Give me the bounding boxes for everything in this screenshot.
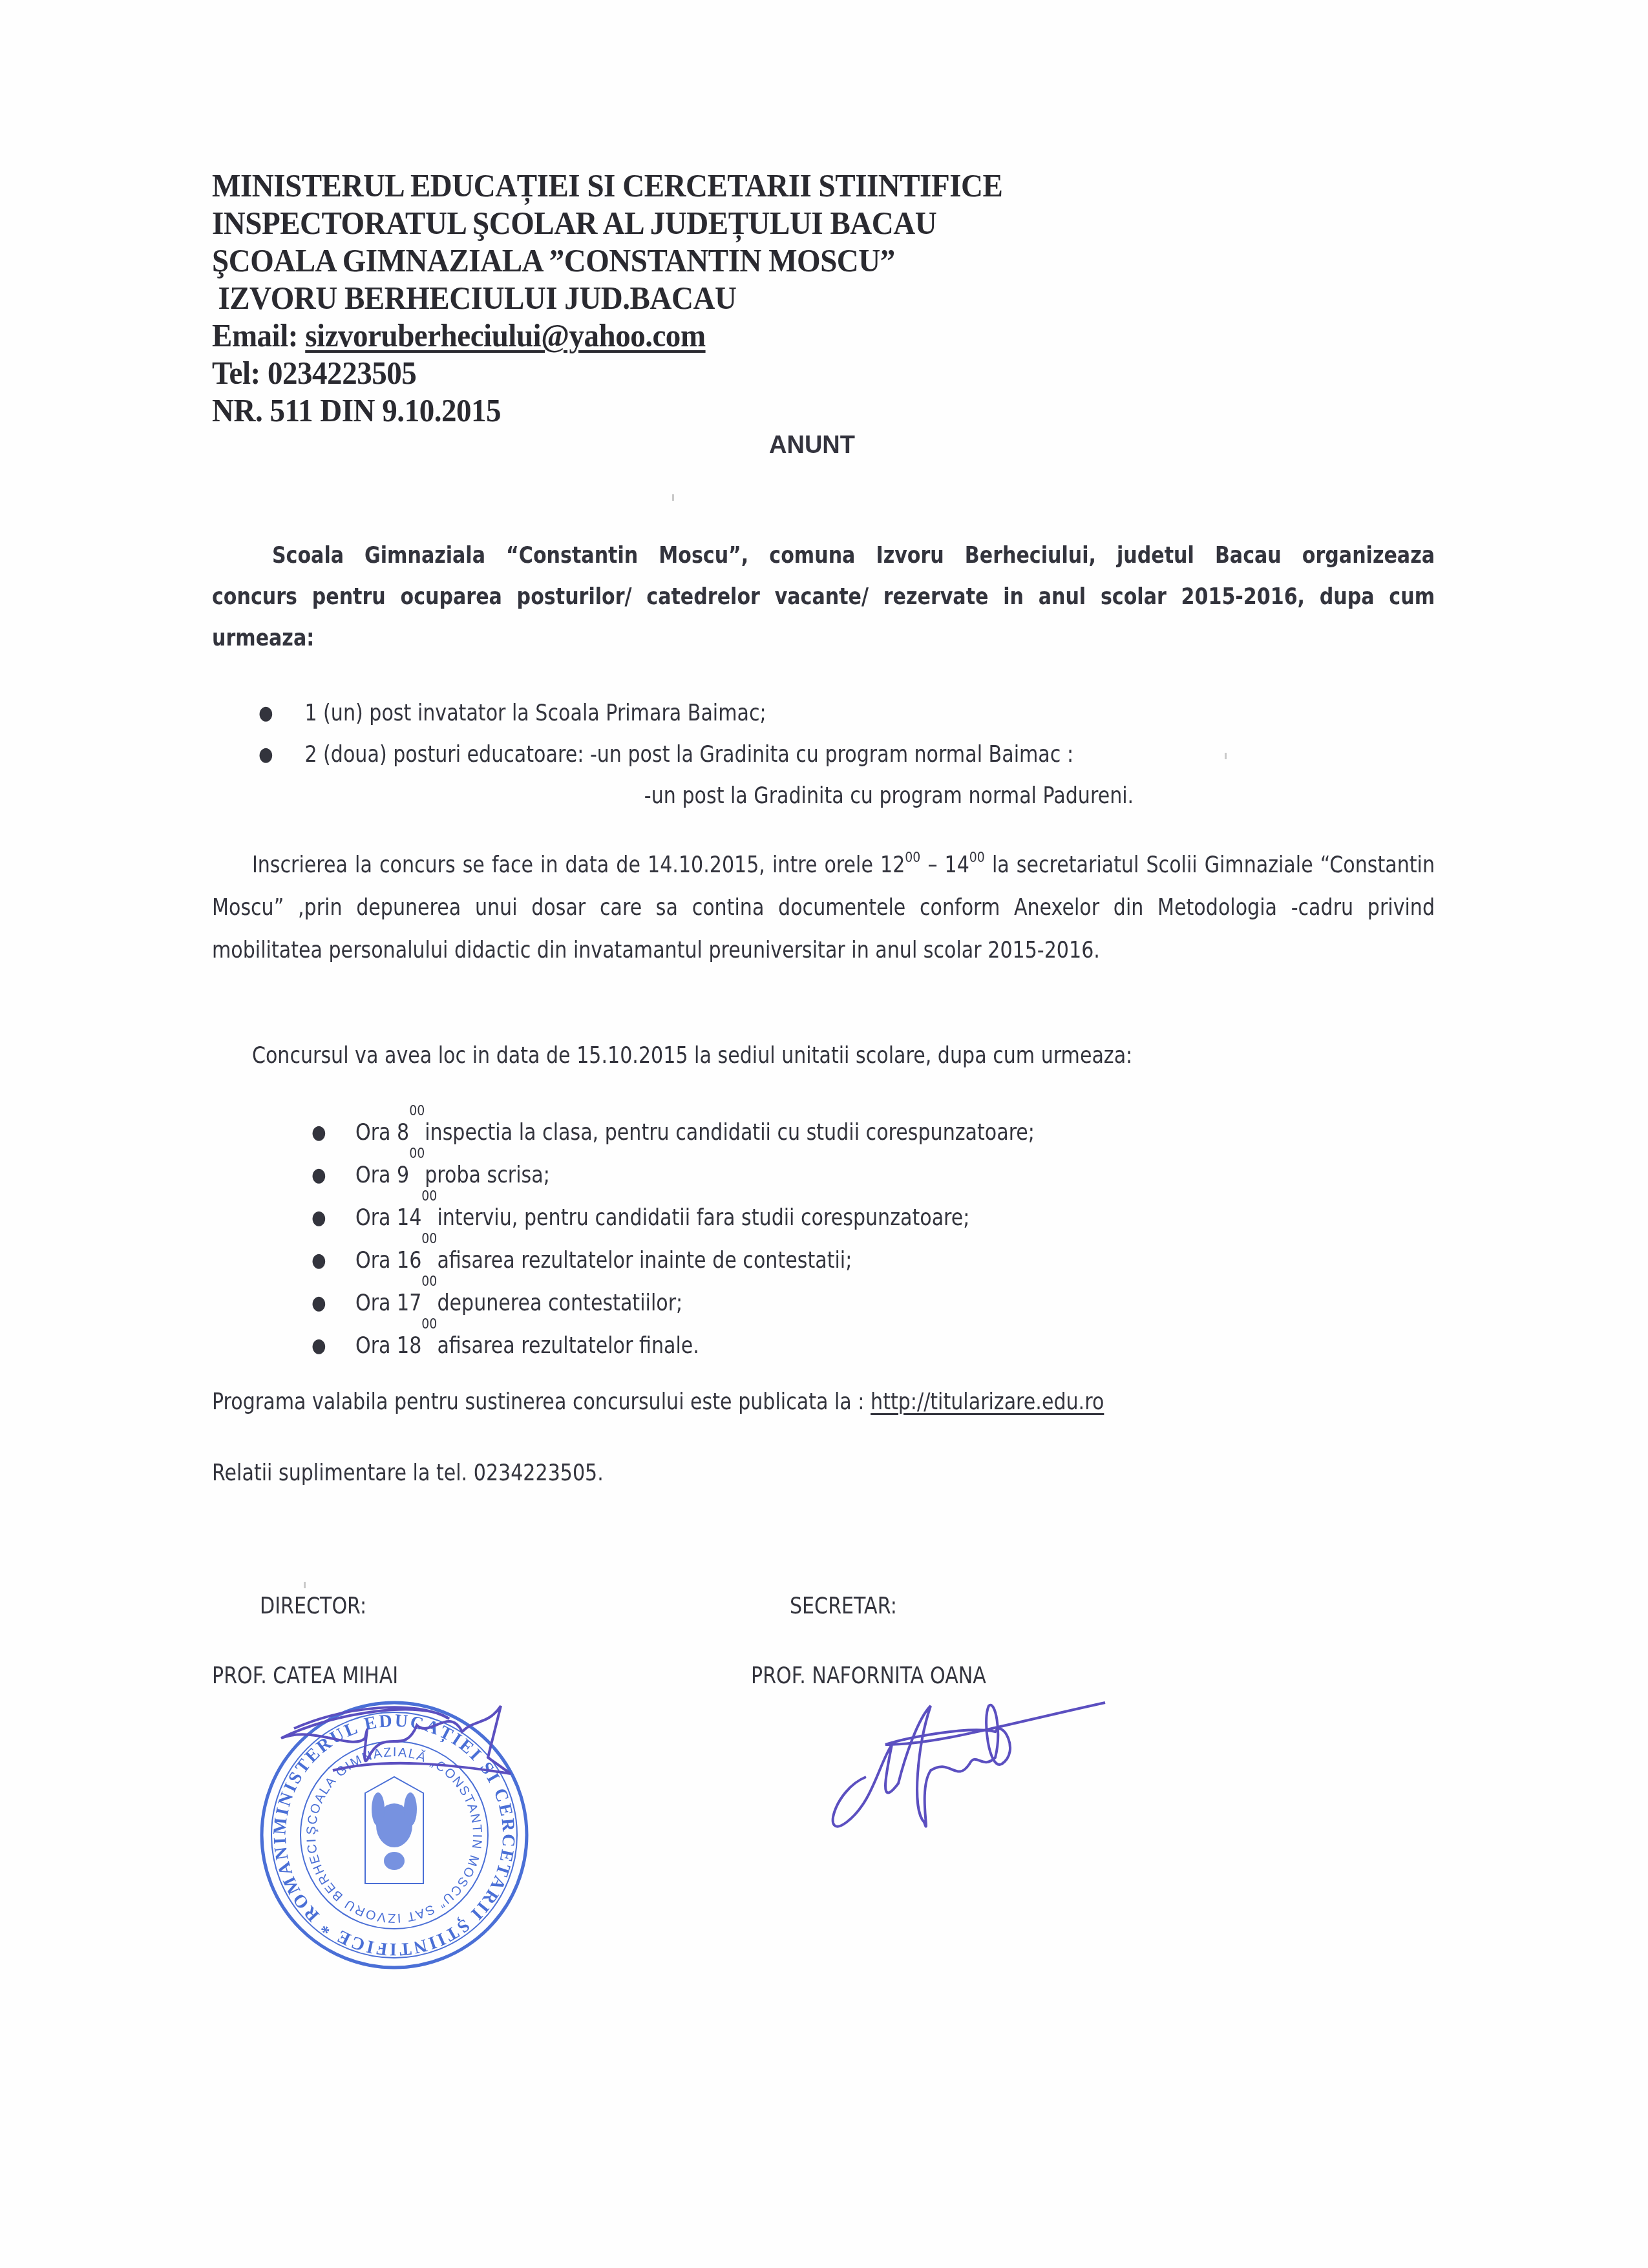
post-text: 2 (doua) posturi educatoare: -un post la…	[304, 734, 1073, 775]
schedule-text: depunerea contestatiilor;	[437, 1282, 682, 1325]
post-text: 1 (un) post invatator la Scoala Primara …	[304, 693, 766, 734]
scan-speck	[304, 1582, 306, 1588]
schedule-item: ●Ora 900 proba scrisa;	[312, 1154, 1035, 1197]
letterhead: MINISTERUL EDUCAȚIEI SI CERCETARII STIIN…	[212, 167, 1002, 429]
schedule-item: ●Ora 1700 depunerea contestatiilor;	[312, 1282, 1035, 1325]
programa-text: Programa valabila pentru sustinerea conc…	[212, 1389, 871, 1415]
school-address: IZVORU BERHECIULUI JUD.BACAU	[212, 279, 1002, 317]
bullet-icon: ●	[312, 1325, 355, 1367]
email-label: Email:	[212, 317, 305, 353]
posts-list: ●1 (un) post invatator la Scoala Primara…	[259, 693, 1134, 817]
secretary-signature-icon	[808, 1693, 1144, 1848]
registration-text: Inscrierea la concurs se face in data de…	[252, 852, 905, 878]
official-stamp-icon: MINISTERUL EDUCAȚIEI SI CERCETARII ȘTIIN…	[255, 1680, 553, 1977]
superscript: 00	[905, 850, 920, 866]
schedule-text: proba scrisa;	[425, 1154, 550, 1197]
bullet-icon: ●	[312, 1282, 355, 1325]
superscript: 00	[421, 1325, 437, 1367]
programa-line: Programa valabila pentru sustinerea conc…	[212, 1383, 1546, 1422]
email-line: Email: sizvoruberheciului@yahoo.com	[212, 317, 1002, 354]
phone-line: Tel: 0234223505	[212, 354, 1002, 392]
schedule-item: ●Ora 1600 afisarea rezultatelor inainte …	[312, 1239, 1035, 1282]
inspectorate-name: INSPECTORATUL ŞCOLAR AL JUDEȚULUI BACAU	[212, 204, 1002, 242]
schedule-hour: Ora 9	[355, 1154, 409, 1197]
email-link[interactable]: sizvoruberheciului@yahoo.com	[305, 317, 705, 353]
contest-intro: Concursul va avea loc in data de 15.10.2…	[212, 1036, 1262, 1075]
bullet-icon: ●	[312, 1239, 355, 1282]
schedule-text: interviu, pentru candidatii fara studii …	[437, 1197, 969, 1239]
school-name: ŞCOALA GIMNAZIALA ”CONSTANTIN MOSCU”	[212, 242, 1002, 279]
secretary-name: PROF. NAFORNITA OANA	[751, 1663, 986, 1689]
document-page: MINISTERUL EDUCAȚIEI SI CERCETARII STIIN…	[0, 0, 1648, 2268]
registration-number: NR. 511 DIN 9.10.2015	[212, 392, 1002, 429]
list-item: ●1 (un) post invatator la Scoala Primara…	[259, 693, 1134, 734]
schedule-list: ●Ora 800 inspectia la clasa, pentru cand…	[312, 1111, 1035, 1367]
programa-link[interactable]: http://titularizare.edu.ro	[871, 1389, 1104, 1415]
contact-line: Relatii suplimentare la tel. 0234223505.	[212, 1454, 1262, 1493]
schedule-item: ●Ora 1400 interviu, pentru candidatii fa…	[312, 1197, 1035, 1239]
list-item: ●2 (doua) posturi educatoare: -un post l…	[259, 734, 1134, 775]
post-continuation-text: -un post la Gradinita cu program normal …	[644, 775, 1134, 817]
registration-paragraph: Inscrierea la concurs se face in data de…	[212, 844, 1435, 972]
schedule-text: afisarea rezultatelor inainte de contest…	[437, 1239, 852, 1282]
schedule-hour: Ora 8	[355, 1111, 409, 1154]
superscript: 00	[969, 850, 985, 866]
registration-text: – 14	[920, 852, 969, 878]
document-title: ANUNT	[769, 432, 855, 459]
scan-speck	[672, 494, 674, 501]
bullet-icon: ●	[259, 734, 304, 775]
ministry-name: MINISTERUL EDUCAȚIEI SI CERCETARII STIIN…	[212, 167, 1002, 204]
bullet-icon: ●	[259, 693, 304, 734]
schedule-item: ●Ora 1800 afisarea rezultatelor finale.	[312, 1325, 1035, 1367]
schedule-text: afisarea rezultatelor finale.	[437, 1325, 699, 1367]
bullet-icon: ●	[312, 1154, 355, 1197]
bullet-icon: ●	[312, 1197, 355, 1239]
schedule-hour: Ora 18	[355, 1325, 421, 1367]
schedule-hour: Ora 17	[355, 1282, 421, 1325]
director-label: DIRECTOR:	[260, 1593, 366, 1619]
schedule-hour: Ora 16	[355, 1239, 421, 1282]
schedule-text: inspectia la clasa, pentru candidatii cu…	[425, 1111, 1035, 1154]
scan-speck	[1225, 753, 1227, 759]
secretary-label: SECRETAR:	[790, 1593, 897, 1619]
list-item-continuation: -un post la Gradinita cu program normal …	[259, 775, 1134, 817]
contest-intro-text: Concursul va avea loc in data de 15.10.2…	[252, 1043, 1132, 1069]
schedule-hour: Ora 14	[355, 1197, 421, 1239]
intro-paragraph: Scoala Gimnaziala “Constantin Moscu”, co…	[212, 535, 1435, 659]
bullet-icon: ●	[312, 1111, 355, 1154]
intro-text: Scoala Gimnaziala “Constantin Moscu”, co…	[212, 543, 1435, 651]
